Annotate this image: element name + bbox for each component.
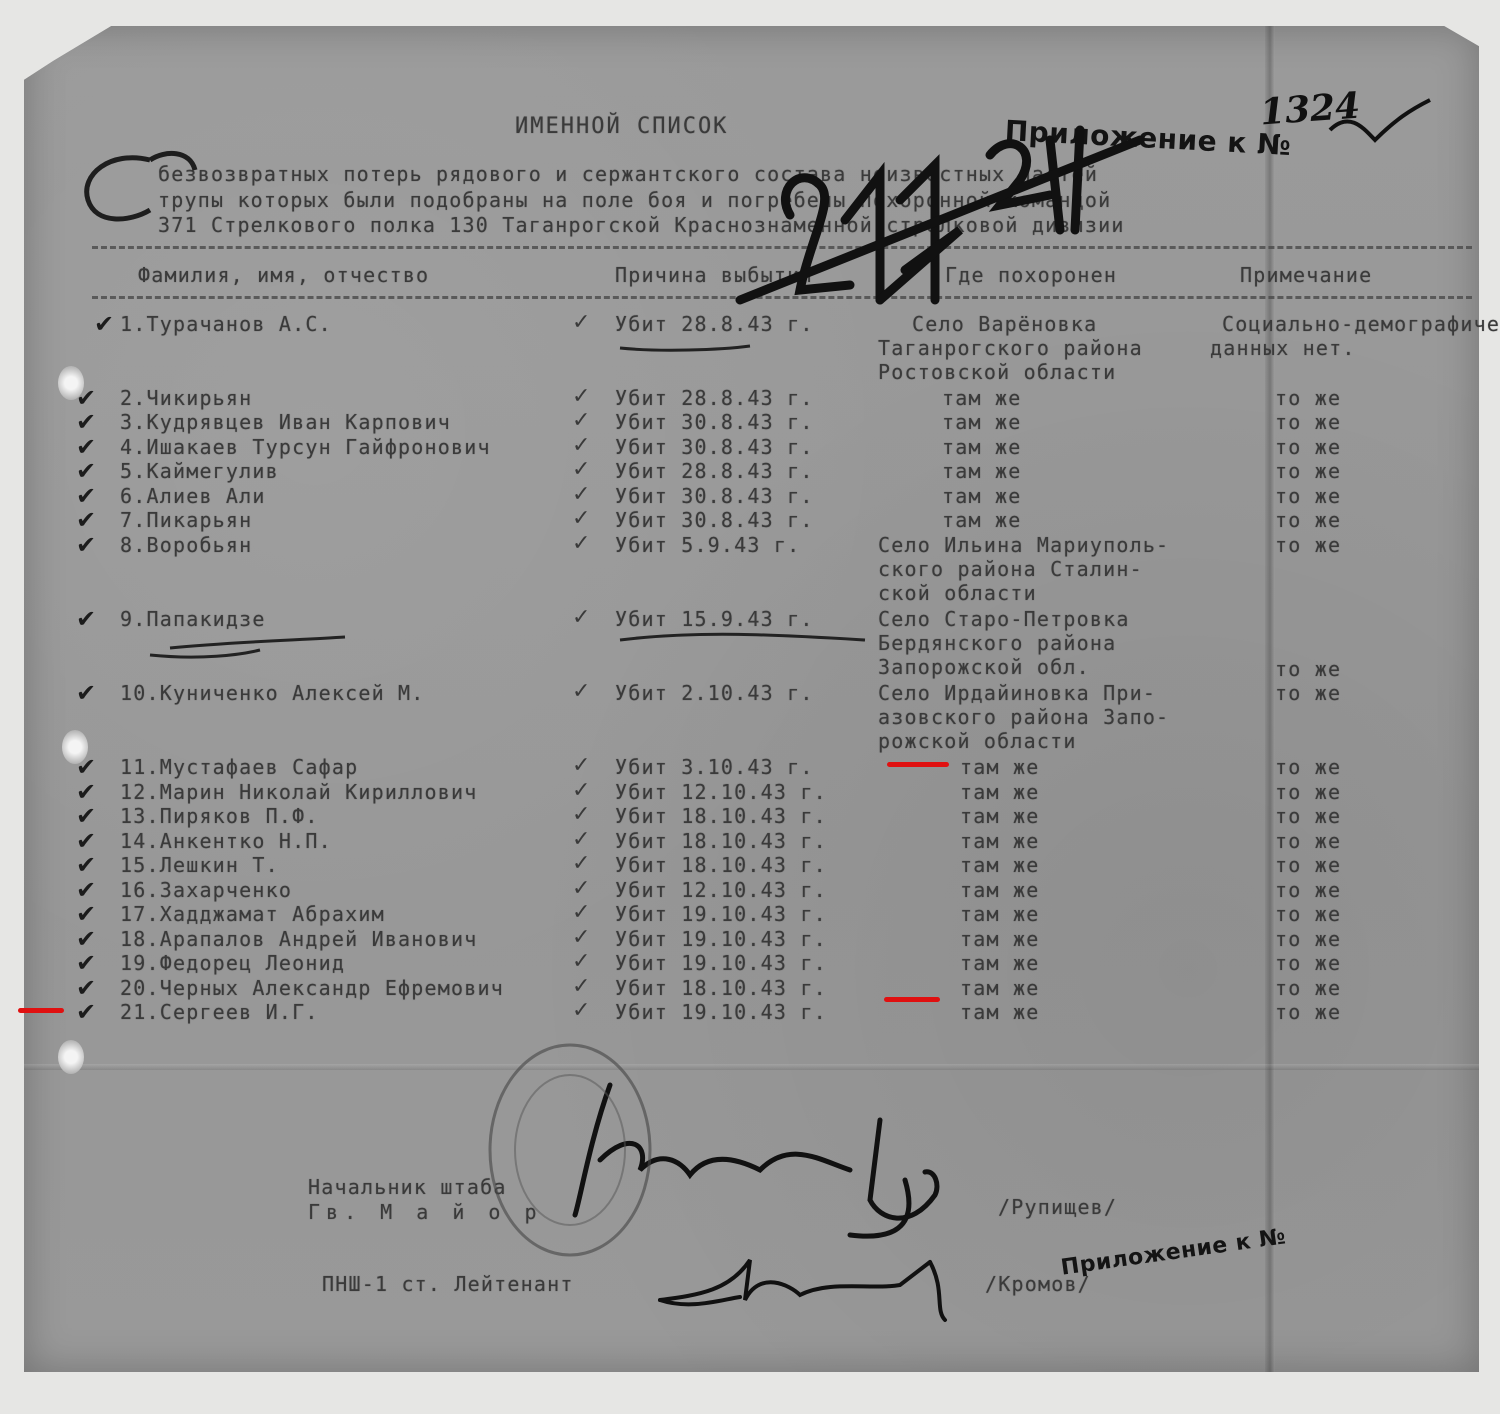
pnsh-signature	[660, 1260, 945, 1320]
chief-signature	[575, 1085, 937, 1236]
pencil-underlines	[150, 346, 865, 657]
scribble-mark	[87, 153, 195, 219]
handwritten-number	[740, 130, 1140, 300]
ink-overlay	[0, 0, 1500, 1414]
handwritten-flourish	[1330, 100, 1430, 140]
